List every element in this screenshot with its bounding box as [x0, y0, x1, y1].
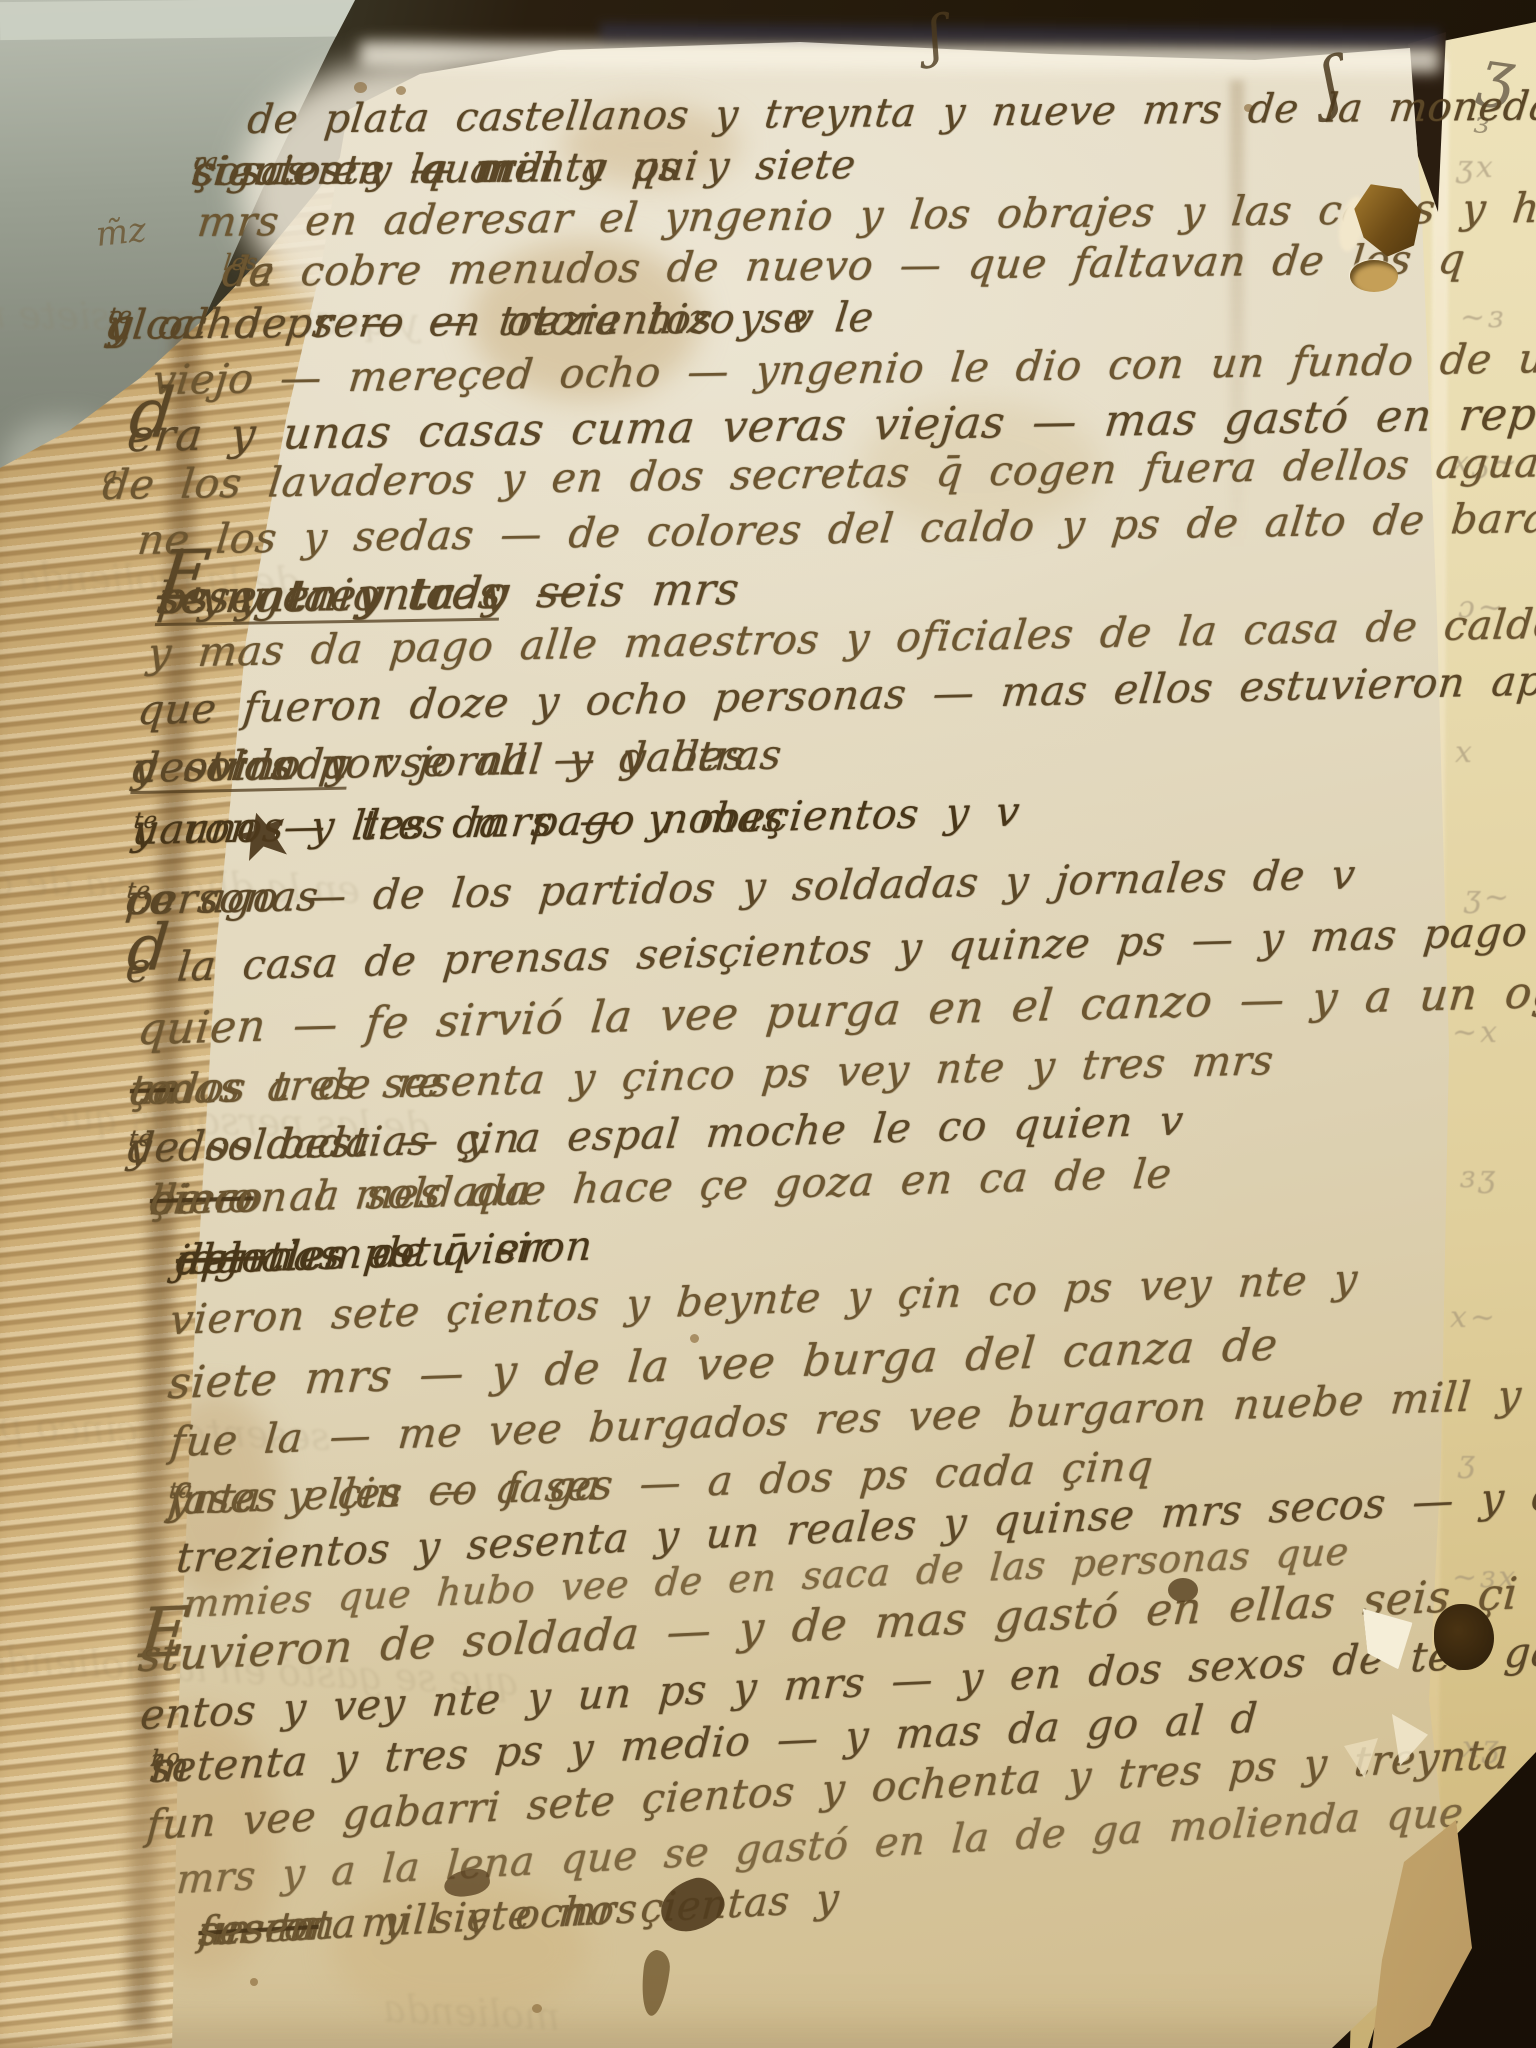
- ink-blot: [1168, 1578, 1198, 1602]
- handwriting-layer: de plata castellanos y treynta y nueve m…: [0, 0, 1536, 2048]
- worm-hole: [1434, 1604, 1494, 1670]
- manuscript-photo: ʒ ɜ ʒx~ɜxʒ~ɔ~xʒ~~xɜʒx~ʒ~ɜxxʒ~ y quarenta…: [0, 0, 1536, 2048]
- pen-trial-mark: m̃z: [94, 213, 147, 252]
- shallow-hole: [1350, 260, 1398, 292]
